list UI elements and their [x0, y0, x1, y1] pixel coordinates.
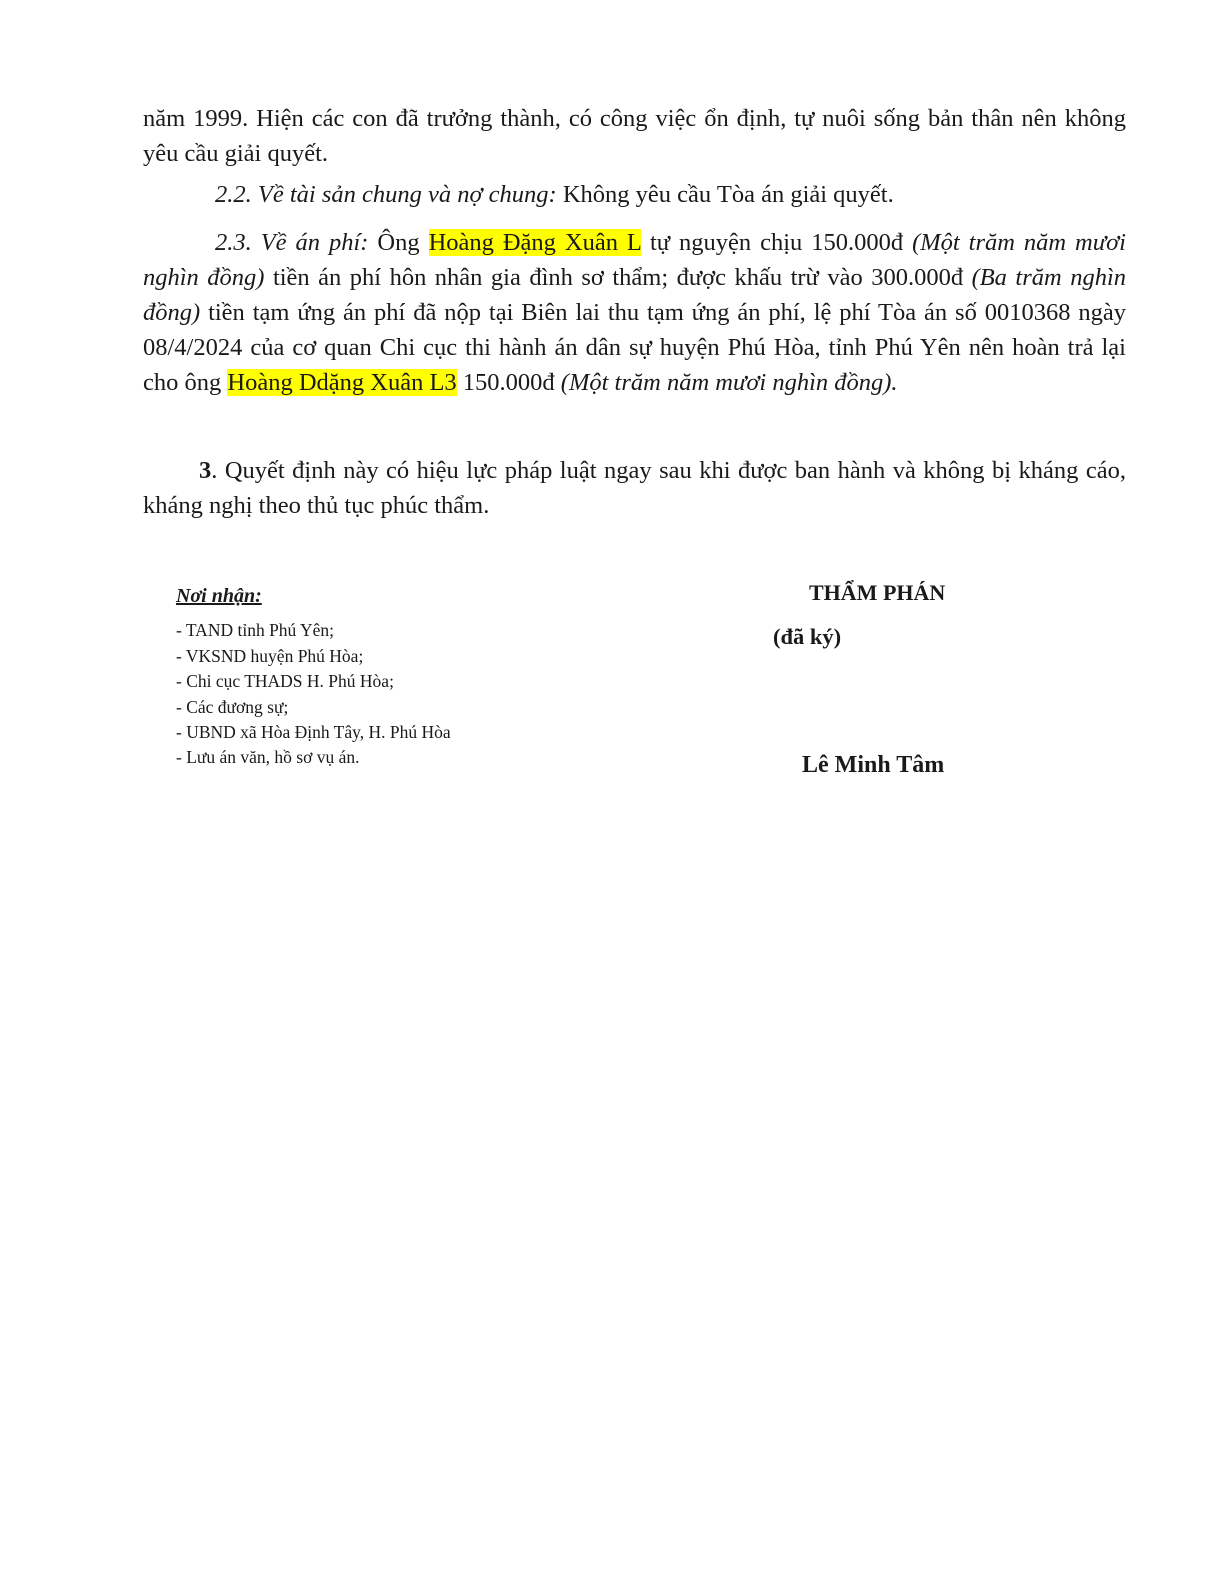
- section-3-text: . Quyết định này có hiệu lực pháp luật n…: [143, 457, 1126, 519]
- section-2-2-text: Không yêu cầu Tòa án giải quyết.: [557, 181, 894, 208]
- text-segment: Ông: [368, 229, 428, 256]
- signature-title: THẨM PHÁN: [809, 580, 945, 606]
- text-segment: tiền án phí hôn nhân gia đình sơ thẩm; đ…: [264, 264, 971, 291]
- recipients-title: Nơi nhận:: [176, 582, 506, 610]
- signature-status: (đã ký): [773, 624, 841, 650]
- signer-name: Lê Minh Tâm: [802, 752, 944, 779]
- section-2-2-label: 2.2. Về tài sản chung và nợ chung:: [215, 181, 557, 208]
- amount-in-words: (Một trăm năm mươi nghìn đồng).: [561, 369, 898, 396]
- list-item: - Chi cục THADS H. Phú Hòa;: [176, 669, 506, 695]
- list-item: - UBND xã Hòa Định Tây, H. Phú Hòa: [176, 720, 506, 745]
- section-3-number: 3: [199, 457, 211, 484]
- list-item: - Lưu án văn, hồ sơ vụ án.: [176, 745, 506, 771]
- list-item: - VKSND huyện Phú Hòa;: [176, 644, 506, 670]
- section-2-3-label: 2.3. Về án phí:: [215, 229, 368, 256]
- paragraph-2-3: 2.3. Về án phí: Ông Hoàng Đặng Xuân L tự…: [143, 225, 1126, 400]
- document-page: năm 1999. Hiện các con đã trưởng thành, …: [0, 0, 1224, 1584]
- recipients-block: Nơi nhận: - TAND tỉnh Phú Yên; - VKSND h…: [176, 582, 506, 771]
- recipients-list: - TAND tỉnh Phú Yên; - VKSND huyện Phú H…: [176, 618, 506, 771]
- paragraph-2-2: 2.2. Về tài sản chung và nợ chung: Không…: [143, 177, 1126, 212]
- highlighted-name: Hoàng Đặng Xuân L: [429, 229, 641, 256]
- text-segment: 150.000đ: [457, 369, 561, 396]
- intro-text: năm 1999. Hiện các con đã trưởng thành, …: [143, 101, 1126, 171]
- text-segment: tự nguyện chịu 150.000đ: [641, 229, 912, 256]
- paragraph-intro: năm 1999. Hiện các con đã trưởng thành, …: [143, 101, 1126, 171]
- highlighted-name: Hoàng Ddặng Xuân L3: [227, 369, 456, 396]
- paragraph-3: 3. Quyết định này có hiệu lực pháp luật …: [143, 453, 1126, 523]
- list-item: - TAND tỉnh Phú Yên;: [176, 618, 506, 644]
- list-item: - Các đương sự;: [176, 695, 506, 721]
